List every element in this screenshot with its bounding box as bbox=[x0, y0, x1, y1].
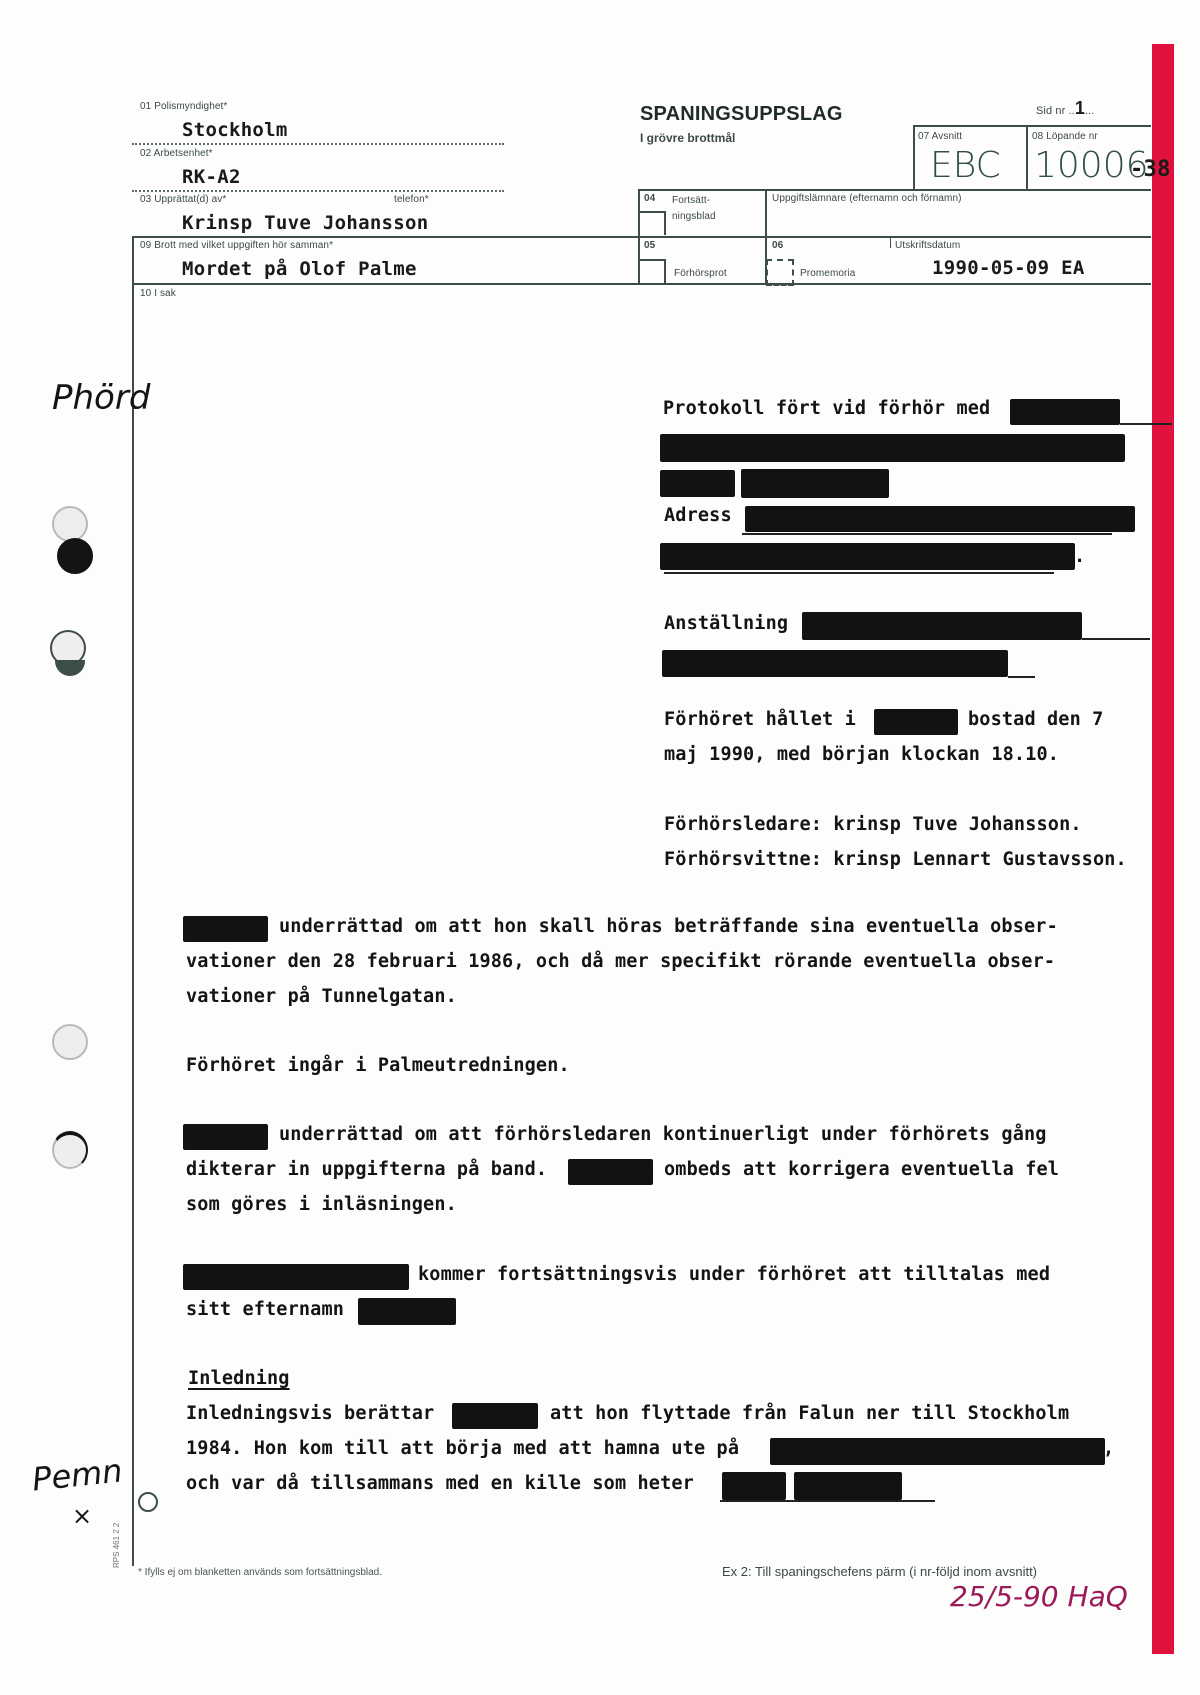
checkbox-forhorsprot[interactable] bbox=[638, 259, 666, 283]
redaction bbox=[770, 1438, 1105, 1465]
p3-line-2a: dikterar in uppgifterna på band. bbox=[186, 1159, 547, 1180]
fill-line bbox=[742, 533, 1112, 535]
p3-line-2b: ombeds att korrigera eventuella fel bbox=[664, 1159, 1059, 1180]
redaction bbox=[660, 470, 735, 497]
p5-line-2: 1984. Hon kom till att börja med att ham… bbox=[186, 1438, 739, 1459]
field-07-label: 07 Avsnitt bbox=[918, 131, 962, 142]
protocol-heading: Protokoll fört vid förhör med bbox=[663, 398, 990, 419]
field-08-suffix: -38 bbox=[1130, 157, 1171, 182]
field-02-label: 02 Arbetsenhet* bbox=[140, 148, 213, 159]
divider bbox=[132, 143, 504, 145]
field-09-value: Mordet på Olof Palme bbox=[182, 258, 417, 280]
redaction bbox=[183, 1264, 409, 1290]
page-number-label: Sid nr ..1... bbox=[1036, 98, 1094, 119]
held-line-1a: Förhöret hållet i bbox=[664, 709, 856, 730]
redaction bbox=[802, 612, 1082, 640]
field-07-value: EBC bbox=[930, 145, 1001, 186]
field-01-label: 01 Polismyndighet* bbox=[140, 101, 227, 112]
fill-line bbox=[1120, 423, 1172, 425]
redaction bbox=[722, 1472, 786, 1500]
fill-line bbox=[1008, 676, 1035, 678]
p4-line-1: kommer fortsättningsvis under förhöret a… bbox=[418, 1264, 1050, 1285]
p3-line-1: underrättad om att förhörsledaren kontin… bbox=[279, 1124, 1047, 1145]
redaction bbox=[183, 1124, 268, 1150]
footer-note: * Ifylls ej om blanketten används som fo… bbox=[138, 1567, 382, 1578]
redaction-period: . bbox=[1074, 546, 1085, 567]
redaction bbox=[358, 1298, 456, 1325]
left-margin-rule bbox=[132, 236, 134, 1566]
row-border bbox=[132, 236, 1151, 238]
redaction bbox=[662, 650, 1008, 677]
held-line-2: maj 1990, med början klockan 18.10. bbox=[664, 744, 1059, 765]
p1-line-1: underrättad om att hon skall höras beträ… bbox=[279, 916, 1058, 937]
page-label-text: Sid nr .. bbox=[1036, 105, 1075, 117]
redaction bbox=[660, 434, 1125, 462]
redaction bbox=[745, 506, 1135, 532]
small-hole bbox=[138, 1492, 158, 1512]
page-suffix: ... bbox=[1085, 105, 1094, 117]
redaction bbox=[741, 469, 889, 498]
p1-line-3: vationer på Tunnelgatan. bbox=[186, 986, 457, 1007]
punch-hole-dark bbox=[57, 538, 93, 574]
p5-line-1b: att hon flyttade från Falun ner till Sto… bbox=[550, 1403, 1069, 1424]
employment-label: Anställning bbox=[664, 613, 788, 634]
p2: Förhöret ingår i Palmeutredningen. bbox=[186, 1055, 570, 1076]
fill-line bbox=[1082, 638, 1150, 640]
footer-copy-note: Ex 2: Till spaningschefens pärm (i nr-fö… bbox=[722, 1564, 1037, 1579]
held-line-1b: bostad den 7 bbox=[968, 709, 1103, 730]
margin-note-x: × bbox=[72, 1502, 92, 1530]
form-title: SPANINGSUPPSLAG bbox=[640, 103, 843, 126]
informant-label: Uppgiftslämnare (efternamn och förnamn) bbox=[772, 193, 962, 204]
field-04-label-2: ningsblad bbox=[672, 211, 716, 222]
box-border bbox=[913, 125, 1151, 127]
p5-line-2-end: , bbox=[1103, 1438, 1114, 1459]
redaction bbox=[794, 1472, 902, 1500]
form-code: RPS 461 2 2 bbox=[112, 1523, 121, 1568]
redaction bbox=[452, 1403, 538, 1429]
fill-line bbox=[664, 572, 1054, 574]
checkbox-fortsattningsblad[interactable] bbox=[638, 211, 666, 235]
box-border bbox=[1026, 125, 1028, 190]
address-label: Adress bbox=[664, 505, 732, 526]
margin-note-pemn: Pemn bbox=[30, 1451, 124, 1498]
page-number: 1 bbox=[1075, 98, 1085, 118]
field-06-number: 06 bbox=[772, 240, 783, 251]
punch-hole-shadow bbox=[55, 660, 85, 676]
field-03-label: 03 Upprättat(d) av* bbox=[140, 194, 226, 205]
box-border bbox=[913, 125, 915, 190]
field-09-label: 09 Brott med vilket uppgiften hör samman… bbox=[140, 240, 333, 251]
interrogation-witness: Förhörsvittne: krinsp Lennart Gustavsson… bbox=[664, 849, 1127, 870]
handwritten-stamp: 25/5-90 HaQ bbox=[950, 1580, 1128, 1613]
redaction bbox=[874, 709, 958, 735]
row-border bbox=[638, 189, 1151, 191]
checkbox-promemoria[interactable] bbox=[766, 259, 794, 286]
redaction bbox=[660, 543, 1075, 570]
p1-line-2: vationer den 28 februari 1986, och då me… bbox=[186, 951, 1055, 972]
date-label: Utskriftsdatum bbox=[895, 240, 960, 251]
p5-line-1a: Inledningsvis berättar bbox=[186, 1403, 434, 1424]
field-04-number: 04 bbox=[644, 193, 655, 204]
field-06-label: Promemoria bbox=[800, 268, 855, 279]
redaction bbox=[1010, 399, 1120, 425]
field-03-value: Krinsp Tuve Johansson bbox=[182, 212, 429, 234]
field-03-phone-label: telefon* bbox=[394, 194, 429, 205]
punch-hole bbox=[52, 1131, 88, 1169]
field-05-number: 05 bbox=[644, 240, 655, 251]
form-subtitle: I grövre brottmål bbox=[640, 131, 735, 145]
field-01-value: Stockholm bbox=[182, 119, 288, 141]
punch-hole bbox=[52, 1024, 88, 1060]
date-value: 1990-05-09 EA bbox=[932, 257, 1085, 279]
fill-line bbox=[720, 1500, 935, 1502]
p4-line-2: sitt efternamn bbox=[186, 1299, 344, 1320]
field-02-value: RK-A2 bbox=[182, 166, 241, 188]
redaction bbox=[183, 916, 268, 942]
p5-line-3: och var då tillsammans med en kille som … bbox=[186, 1473, 694, 1494]
redaction bbox=[568, 1159, 653, 1185]
section-heading-inledning: Inledning bbox=[188, 1368, 290, 1389]
red-edge-bar bbox=[1152, 44, 1174, 1654]
field-04-label-1: Fortsätt- bbox=[672, 195, 710, 206]
field-10-label: 10 I sak bbox=[140, 288, 176, 299]
field-05-label: Förhörsprot bbox=[674, 268, 727, 279]
punch-hole bbox=[52, 506, 88, 542]
divider bbox=[132, 190, 504, 192]
margin-note-phord: Phörd bbox=[52, 378, 150, 418]
row-border bbox=[132, 283, 1151, 285]
col-tick bbox=[890, 238, 891, 248]
p3-line-3: som göres i inläsningen. bbox=[186, 1194, 457, 1215]
interrogation-leader: Förhörsledare: krinsp Tuve Johansson. bbox=[664, 814, 1082, 835]
field-08-label: 08 Löpande nr bbox=[1032, 131, 1098, 142]
